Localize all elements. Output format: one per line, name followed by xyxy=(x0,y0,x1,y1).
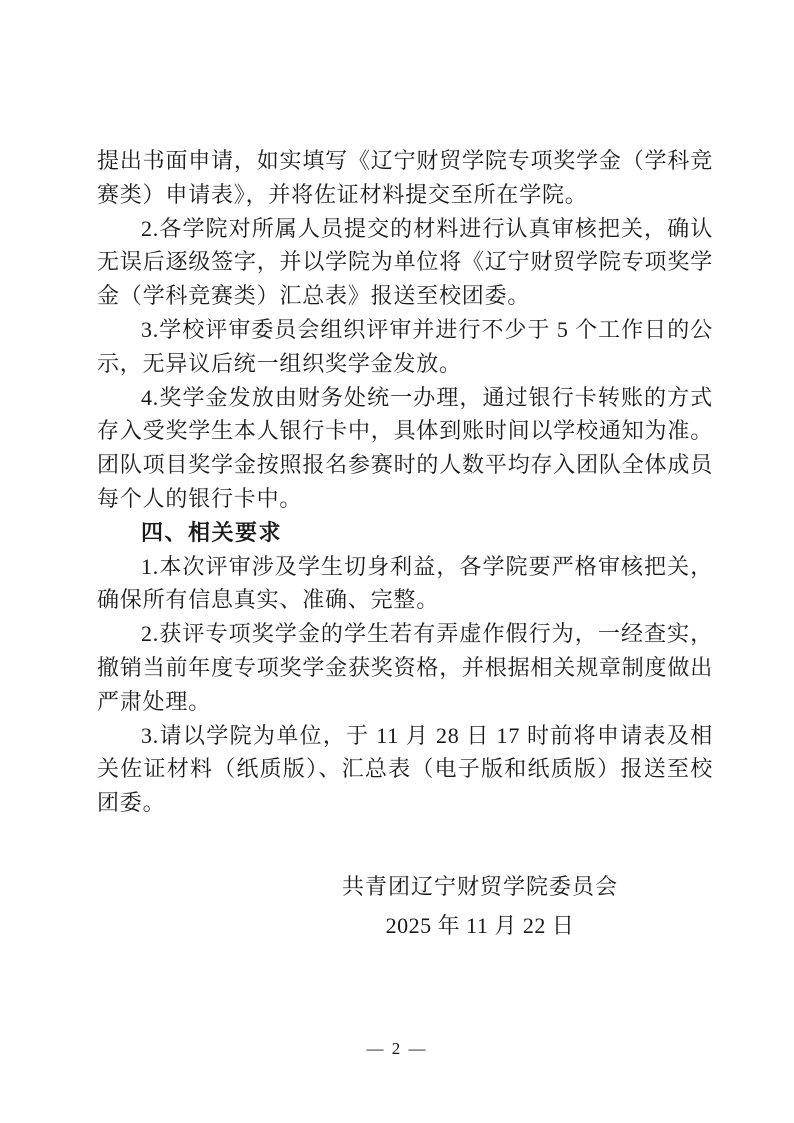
signature-block: 共青团辽宁财贸学院委员会 2025 年 11 月 22 日 xyxy=(240,870,720,943)
document-body: 提出书面申请，如实填写《辽宁财贸学院专项奖学金（学科竞赛类）申请表》，并将佐证材… xyxy=(97,144,713,820)
document-page: 提出书面申请，如实填写《辽宁财贸学院专项奖学金（学科竞赛类）申请表》，并将佐证材… xyxy=(0,0,794,1123)
signature-date: 2025 年 11 月 22 日 xyxy=(240,909,720,943)
paragraph-item-2: 2.各学院对所属人员提交的材料进行认真审核把关，确认无误后逐级签字，并以学院为单… xyxy=(97,212,713,313)
paragraph-item-3: 3.学校评审委员会组织评审并进行不少于 5 个工作日的公示，无异议后统一组织奖学… xyxy=(97,313,713,381)
signature-organization: 共青团辽宁财贸学院委员会 xyxy=(240,870,720,904)
paragraph-continuation: 提出书面申请，如实填写《辽宁财贸学院专项奖学金（学科竞赛类）申请表》，并将佐证材… xyxy=(97,144,713,212)
section-heading-related-requirements: 四、相关要求 xyxy=(97,516,713,550)
paragraph-requirement-1: 1.本次评审涉及学生切身利益，各学院要严格审核把关，确保所有信息真实、准确、完整… xyxy=(97,550,713,618)
paragraph-requirement-2: 2.获评专项奖学金的学生若有弄虚作假行为，一经查实，撤销当前年度专项奖学金获奖资… xyxy=(97,617,713,718)
paragraph-item-4: 4.奖学金发放由财务处统一办理，通过银行卡转账的方式存入受奖学生本人银行卡中，具… xyxy=(97,381,713,516)
page-number: — 2 — xyxy=(0,1038,794,1060)
paragraph-requirement-3: 3.请以学院为单位，于 11 月 28 日 17 时前将申请表及相关佐证材料（纸… xyxy=(97,719,713,820)
